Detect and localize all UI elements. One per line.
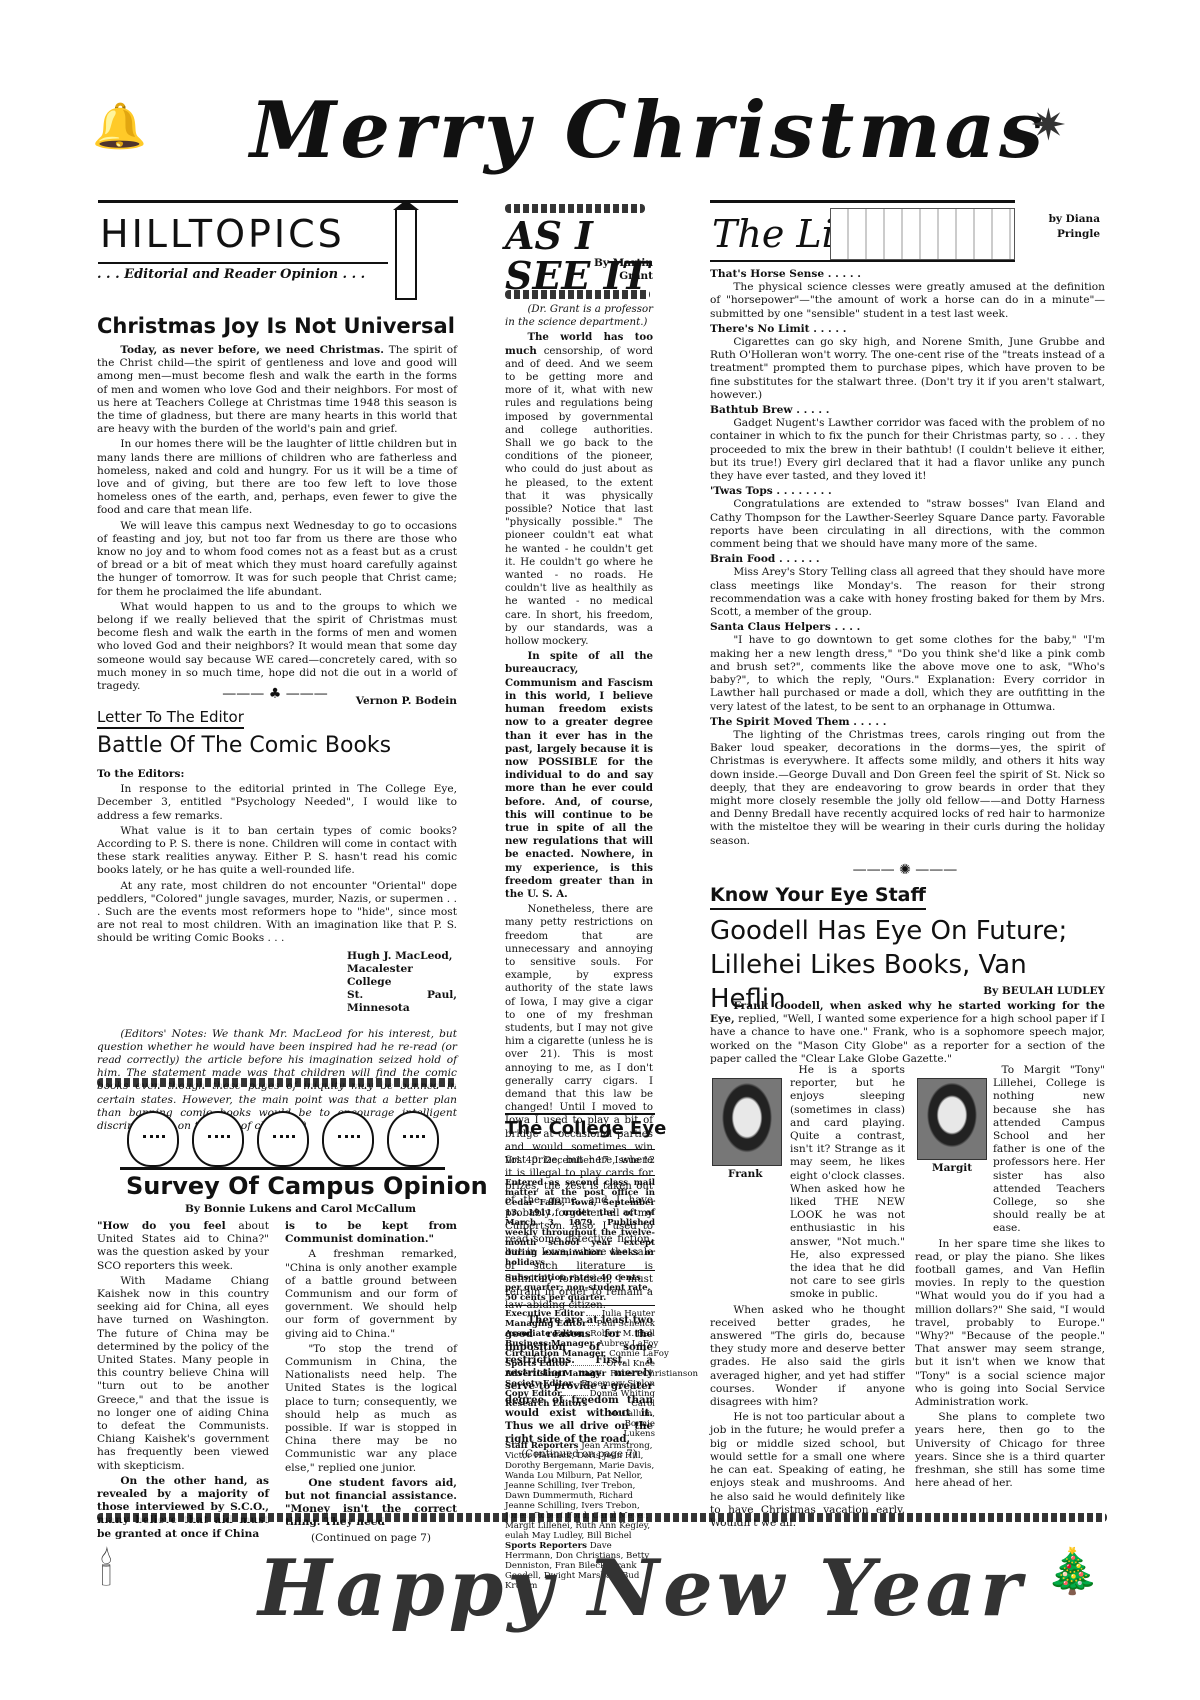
survey-headline: Survey Of Campus Opinion <box>126 1172 488 1200</box>
star-ornament-icon: ✷ <box>1030 100 1067 151</box>
ornamental-border <box>97 1078 457 1087</box>
masthead-details: Entered as second class mail matter at t… <box>505 1175 655 1591</box>
tree-divider-icon: ——— ♣ ——— <box>220 686 330 702</box>
volume-number: Vol. 40 <box>505 1155 538 1166</box>
happy-new-year-banner: Happy New Year <box>258 1543 1025 1634</box>
as-i-see-it-title: AS I SEE IT <box>505 216 655 296</box>
frank-body: He is a sports reporter, but he enjoys s… <box>710 1064 905 1532</box>
cartoon-face-icon <box>322 1111 374 1167</box>
header-rule <box>98 262 388 264</box>
tree-ornament-icon: 🎄 <box>1045 1545 1100 1597</box>
masthead-title: The College Eye <box>505 1118 666 1139</box>
masthead-rule <box>505 1113 655 1115</box>
cartoon-face-icon <box>127 1111 179 1167</box>
masthead-issue-info: Vol. 40 December 17 Issue 12 <box>505 1155 655 1166</box>
editorial-lead: Today, as never before, we need Christma… <box>120 344 384 356</box>
subscription-rates: Subscription rates: 40 cents per quarter… <box>505 1273 655 1306</box>
issue-number: Issue 12 <box>615 1155 655 1166</box>
survey-column-2: is to be kept from Communist domination.… <box>285 1220 457 1545</box>
the-line-byline: by Diana Pringle <box>1045 212 1100 242</box>
students-cartoon <box>120 1095 445 1170</box>
letter-signature-name: Hugh J. MacLeod, <box>347 950 457 963</box>
clothesline-illustration <box>830 208 1015 260</box>
cartoon-face-icon <box>387 1111 439 1167</box>
hilltopics-title: HILLTOPICS <box>100 212 345 256</box>
cartoon-face-icon <box>192 1111 244 1167</box>
ornamental-border <box>97 1513 1107 1522</box>
ornament-divider-icon: ——— ✺ ——— <box>850 862 960 878</box>
line-header-rule <box>710 200 1015 203</box>
cartoon-face-icon <box>257 1111 309 1167</box>
letter-kicker: Letter To The Editor <box>97 708 244 729</box>
editorial-headline: Christmas Joy Is Not Universal <box>97 314 455 338</box>
letter-signature-city: St. Paul, Minnesota <box>347 989 457 1015</box>
ornamental-border <box>505 204 645 213</box>
eye-staff-kicker: Know Your Eye Staff <box>710 884 926 910</box>
editorial-body: Today, as never before, we need Christma… <box>97 344 457 708</box>
survey-byline: By Bonnie Lukens and Carol McCallum <box>185 1203 416 1215</box>
the-line-body: That's Horse Sense . . . . . The physica… <box>710 266 1105 850</box>
bell-holly-icon: 🔔 <box>92 100 147 152</box>
editorial-tagline: . . . Editorial and Reader Opinion . . . <box>97 267 365 282</box>
author-note: (Dr. Grant is a professor in the science… <box>505 303 653 329</box>
candle-ornament-icon: 🕯 <box>100 1545 113 1596</box>
merry-christmas-banner: Merry Christmas <box>250 85 1047 176</box>
letter-signature-school: Macalester College <box>347 963 457 989</box>
eye-staff-intro: Frank Goodell, when asked why he started… <box>710 1000 1105 1068</box>
margit-body: To Margit "Tony" Lillehei, College is no… <box>915 1064 1105 1493</box>
masthead-rule <box>505 1149 655 1150</box>
eye-staff-byline: By BEULAH LUDLEY <box>960 985 1105 997</box>
issue-date: December 17 <box>544 1155 609 1166</box>
ornamental-border <box>505 290 650 299</box>
campanile-tower-icon <box>395 210 417 300</box>
as-i-see-it-byline: By Martin Grant <box>583 257 653 283</box>
letter-headline: Battle Of The Comic Books <box>97 733 391 758</box>
mail-entry-notice: Entered as second class mail matter at t… <box>505 1178 655 1271</box>
survey-column-1: "How do you feel about United States aid… <box>97 1220 269 1543</box>
line-header-rule <box>710 260 1015 262</box>
